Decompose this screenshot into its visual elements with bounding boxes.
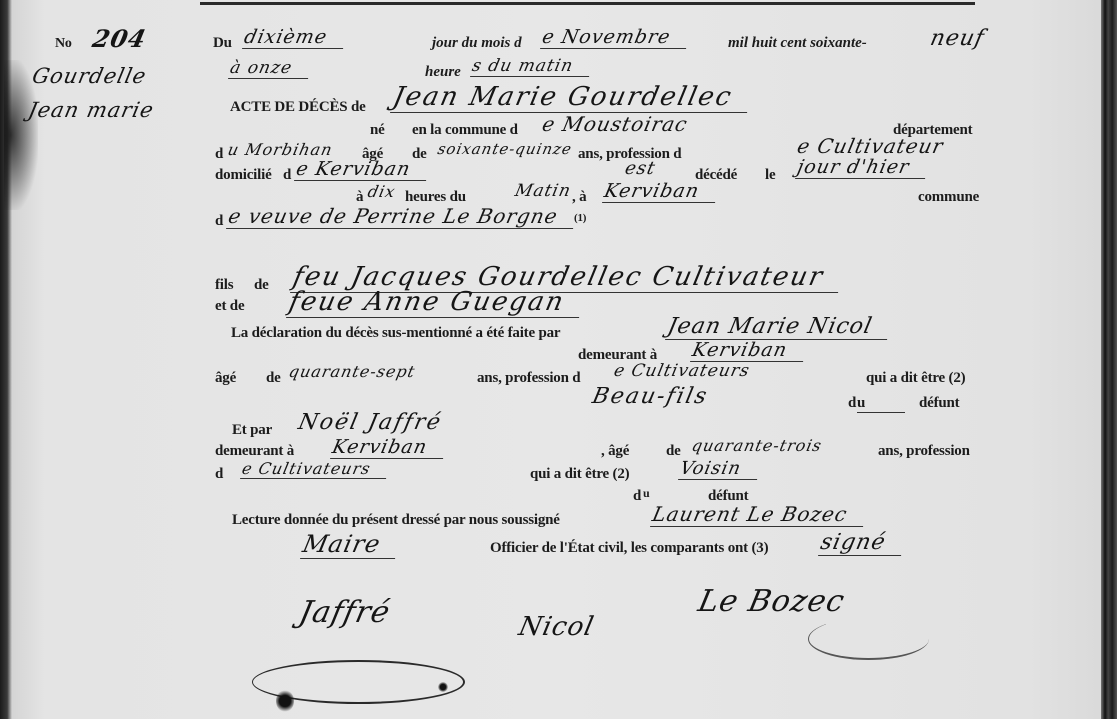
- ink-blot: [276, 690, 294, 712]
- departement-prefix: d: [215, 146, 223, 163]
- second-declarant-relation-label: qui a dit être (2): [530, 466, 629, 483]
- act-title: ACTE DE DÉCÈS de: [230, 99, 366, 116]
- status-word-handwritten: est: [623, 158, 658, 179]
- declarant1-defunt-label: défunt: [919, 395, 959, 412]
- footnote-1-marker: (1): [574, 212, 586, 224]
- departement-handwritten: u Morbihan: [226, 140, 335, 159]
- second-declarant-age-handwritten: quarante-trois: [690, 436, 824, 455]
- year-suffix-handwritten: neuf: [928, 26, 987, 51]
- declarant1-relation-label: qui a dit être (2): [866, 370, 965, 387]
- and-of-label: et de: [215, 298, 244, 315]
- year-prefix: mil huit cent soixante-: [728, 35, 867, 52]
- margin-given-name: Jean marie: [26, 98, 156, 122]
- margin-surname: Gourdelle: [30, 64, 149, 88]
- hours-period-handwritten: s du matin: [470, 56, 593, 77]
- officer-label: Officier de l'État civil, les comparants…: [490, 540, 768, 557]
- son-label: fils: [215, 277, 233, 294]
- officer-title-handwritten: Maire: [300, 530, 401, 559]
- declarant1-residence-handwritten: Kerviban: [690, 339, 807, 362]
- day-month-label: jour du mois d: [432, 35, 522, 52]
- declarant1-age-handwritten: quarante-sept: [287, 362, 417, 381]
- signature-nicol: Nicol: [516, 612, 597, 642]
- le-label: le: [765, 167, 775, 184]
- son-de-label: de: [254, 277, 269, 294]
- second-declarant-ans-profession-label: ans, profession: [878, 443, 970, 460]
- declarant1-age-label: âgé: [215, 370, 236, 387]
- domicile-handwritten: e Kerviban: [294, 158, 431, 181]
- date-prefix: Du: [213, 35, 232, 52]
- signature-le-bozec: Le Bozec: [695, 584, 848, 619]
- declarant1-du-value: u: [857, 395, 905, 413]
- civil-death-record-page: No 204 Gourdelle Jean marie Du dixième j…: [0, 0, 1117, 719]
- declarant1-relation-handwritten: Beau-fils: [590, 384, 711, 409]
- declaration-label: La déclaration du décès sus-mentionné a …: [231, 325, 560, 342]
- declarant1-name-handwritten: Jean Marie Nicol: [665, 314, 893, 340]
- birth-commune-handwritten: e Moustoirac: [540, 112, 690, 136]
- domicile-d: d: [283, 167, 291, 184]
- record-number-label: No: [55, 36, 72, 52]
- second-declarant-residence-handwritten: Kerviban: [330, 436, 447, 459]
- hours-label: heure: [425, 64, 461, 81]
- top-rule: [200, 2, 975, 5]
- declarant1-du-label: d: [848, 395, 856, 412]
- second-declarant-du-label: d: [633, 488, 641, 505]
- domicile-label: domicilié: [215, 167, 272, 184]
- death-day-handwritten: jour d'hier: [795, 156, 930, 179]
- ink-blot-small: [438, 682, 448, 692]
- declarant1-age-de: de: [266, 370, 281, 387]
- age-handwritten: soixante-quinze: [436, 140, 574, 158]
- second-declarant-name-handwritten: Noël Jaffré: [296, 410, 445, 435]
- hour-handwritten: à onze: [228, 58, 312, 79]
- second-declarant-residing-label: demeurant à: [215, 443, 294, 460]
- deceased-name-handwritten: Jean Marie Gourdellec: [390, 82, 754, 113]
- signed-handwritten: signé: [818, 530, 906, 556]
- page-binding-right: [1101, 0, 1117, 719]
- second-declarant-label: Et par: [232, 422, 272, 439]
- death-hour-handwritten: dix: [366, 182, 397, 201]
- second-declarant-profession-d: d: [215, 466, 223, 483]
- born-label: né: [370, 122, 385, 139]
- commune-label: commune: [918, 189, 979, 206]
- signature-flourish-2: [808, 618, 929, 660]
- death-place-handwritten: Kerviban: [602, 180, 719, 203]
- day-handwritten: dixième: [242, 26, 347, 49]
- reading-label: Lecture donnée du présent dressé par nou…: [232, 512, 560, 529]
- spouse-handwritten: e veuve de Perrine Le Borgne: [226, 204, 578, 229]
- declarant1-ans-profession-label: ans, profession d: [477, 370, 580, 387]
- second-declarant-du-value: u: [643, 486, 649, 501]
- signature-jaffre: Jaffré: [296, 595, 394, 630]
- period-handwritten: Matin: [513, 181, 573, 201]
- profession-handwritten: e Cultivateur: [795, 134, 946, 158]
- second-declarant-age-label: , âgé: [601, 443, 629, 460]
- birth-commune-label: en la commune d: [412, 122, 518, 139]
- second-declarant-age-de: de: [666, 443, 681, 460]
- declarant1-profession-handwritten: e Cultivateurs: [612, 361, 752, 381]
- second-declarant-profession-handwritten: e Cultivateurs: [240, 459, 391, 479]
- second-declarant-relation-handwritten: Voisin: [678, 458, 761, 480]
- officer-name-handwritten: Laurent Le Bozec: [650, 502, 868, 527]
- month-handwritten: e Novembre: [540, 26, 691, 49]
- record-number: 204: [90, 24, 149, 53]
- spouse-prefix: d: [215, 213, 223, 230]
- mother-handwritten: feue Anne Guegan: [286, 287, 586, 318]
